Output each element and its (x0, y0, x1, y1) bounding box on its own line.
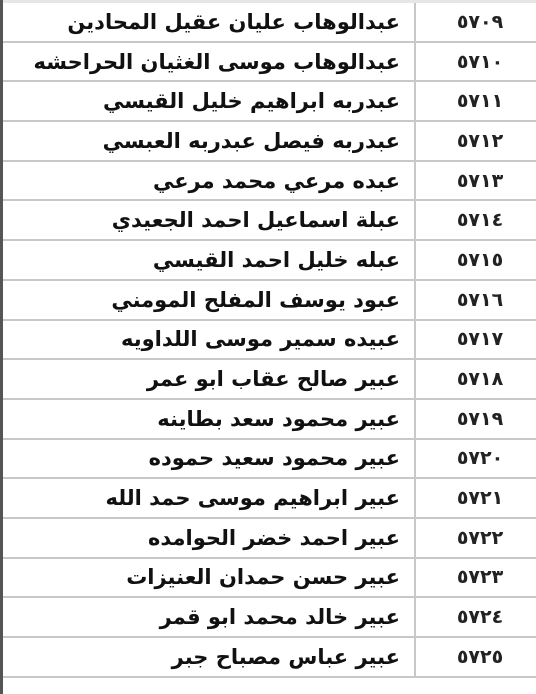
row-name: عبدالوهاب موسى الغثيان الحراحشه (3, 43, 414, 81)
table-row: ٥٧٢٥ عبير عباس مصباح جبر (3, 638, 536, 678)
row-number: ٥٧١٤ (414, 201, 536, 239)
table-row: ٥٧١٧ عبيده سمير موسى اللداويه (3, 321, 536, 361)
row-name: عبير صالح عقاب ابو عمر (3, 360, 414, 398)
table-row: ٥٧١٤ عبلة اسماعيل احمد الجعيدي (3, 201, 536, 241)
row-name: عبير حسن حمدان العنيزات (3, 559, 414, 597)
row-number: ٥٧٢٢ (414, 519, 536, 557)
row-number: ٥٧١٢ (414, 122, 536, 160)
row-number: ٥٧٢١ (414, 479, 536, 517)
table-row: ٥٧١١ عبدربه ابراهيم خليل القيسي (3, 82, 536, 122)
row-name: عبدالوهاب عليان عقيل المحادين (3, 3, 414, 41)
table-row: ٥٧١٢ عبدربه فيصل عبدربه العبسي (3, 122, 536, 162)
row-number: ٥٧١١ (414, 82, 536, 120)
row-number: ٥٧١٩ (414, 400, 536, 438)
row-number: ٥٧٢٥ (414, 638, 536, 676)
table-row: ٥٧٢١ عبير ابراهيم موسى حمد الله (3, 479, 536, 519)
table-row: ٥٧٠٩ عبدالوهاب عليان عقيل المحادين (3, 3, 536, 43)
table-row: ٥٧١٣ عبده مرعي محمد مرعي (3, 162, 536, 202)
table-row: ٥٧١٠ عبدالوهاب موسى الغثيان الحراحشه (3, 43, 536, 83)
row-name: عبير محمود سعد بطاينه (3, 400, 414, 438)
table-row: ٥٧٢٠ عبير محمود سعيد حموده (3, 440, 536, 480)
row-name: عبير احمد خضر الحوامده (3, 519, 414, 557)
row-name: عبير عباس مصباح جبر (3, 638, 414, 676)
table-row: ٥٧٢٣ عبير حسن حمدان العنيزات (3, 559, 536, 599)
names-table: ٥٧٠٩ عبدالوهاب عليان عقيل المحادين ٥٧١٠ … (3, 3, 536, 678)
row-number: ٥٧٠٩ (414, 3, 536, 41)
table-row: ٥٧٢٤ عبير خالد محمد ابو قمر (3, 598, 536, 638)
row-name: عبيده سمير موسى اللداويه (3, 321, 414, 359)
row-number: ٥٧٢٠ (414, 440, 536, 478)
table-row: ٥٧٢٢ عبير احمد خضر الحوامده (3, 519, 536, 559)
row-name: عبلة اسماعيل احمد الجعيدي (3, 201, 414, 239)
row-number: ٥٧١٥ (414, 241, 536, 279)
table-row: ٥٧١٨ عبير صالح عقاب ابو عمر (3, 360, 536, 400)
row-name: عبود يوسف المفلح المومني (3, 281, 414, 319)
row-number: ٥٧١٠ (414, 43, 536, 81)
row-number: ٥٧١٦ (414, 281, 536, 319)
row-number: ٥٧١٣ (414, 162, 536, 200)
row-number: ٥٧٢٣ (414, 559, 536, 597)
row-number: ٥٧١٧ (414, 321, 536, 359)
row-number: ٥٧١٨ (414, 360, 536, 398)
row-name: عبير محمود سعيد حموده (3, 440, 414, 478)
row-name: عبله خليل احمد القيسي (3, 241, 414, 279)
table-row: ٥٧١٩ عبير محمود سعد بطاينه (3, 400, 536, 440)
row-name: عبده مرعي محمد مرعي (3, 162, 414, 200)
row-name: عبير ابراهيم موسى حمد الله (3, 479, 414, 517)
row-number: ٥٧٢٤ (414, 598, 536, 636)
table-row: ٥٧١٦ عبود يوسف المفلح المومني (3, 281, 536, 321)
row-name: عبير خالد محمد ابو قمر (3, 598, 414, 636)
row-name: عبدربه فيصل عبدربه العبسي (3, 122, 414, 160)
table-row: ٥٧١٥ عبله خليل احمد القيسي (3, 241, 536, 281)
row-name: عبدربه ابراهيم خليل القيسي (3, 82, 414, 120)
